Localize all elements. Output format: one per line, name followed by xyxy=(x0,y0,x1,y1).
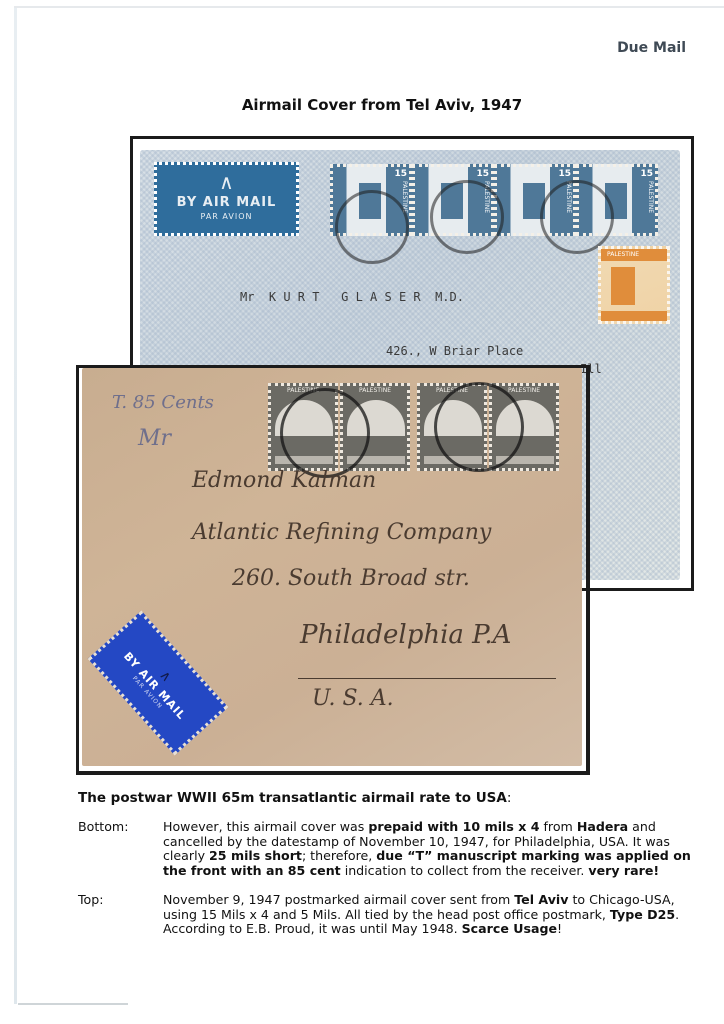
wings-icon: ∧ xyxy=(157,169,296,195)
address-line: 260. South Broad str. xyxy=(232,566,470,591)
description-text: However, this airmail cover was prepaid … xyxy=(163,820,698,878)
address-line: Philadelphia P.A xyxy=(300,620,511,650)
airmail-label: ∧ BY AIR MAIL PAR AVION xyxy=(154,162,299,236)
airmail-label: ∧ BY AIR MAIL PAR AVION xyxy=(88,611,228,756)
airmail-label-subtext: PAR AVION xyxy=(157,211,296,223)
address-line: U. S. A. xyxy=(312,686,394,711)
postmark xyxy=(430,180,504,254)
postmark xyxy=(434,382,524,472)
address-line: Edmond Kalman xyxy=(192,468,376,493)
due-marking: T. 85 Cents xyxy=(112,392,214,413)
stamp: PALESTINE xyxy=(598,246,670,324)
page-edge xyxy=(14,6,724,8)
bottom-cover-image: PALESTINE PALESTINE PALESTINE PALESTINE … xyxy=(82,368,582,766)
description-label: Top: xyxy=(78,893,158,908)
postmark xyxy=(335,190,409,264)
underline xyxy=(298,678,556,679)
description-heading: The postwar WWII 65m transatlantic airma… xyxy=(78,790,511,806)
address-salutation: Mr xyxy=(138,426,171,451)
postmark xyxy=(280,388,370,478)
address-line: Atlantic Refining Company xyxy=(192,520,491,545)
address-line: 426., W Briar Place xyxy=(386,344,523,358)
postmark xyxy=(540,180,614,254)
description-text: November 9, 1947 postmarked airmail cove… xyxy=(163,893,698,937)
page-edge xyxy=(18,1003,128,1005)
airmail-label-text: BY AIR MAIL xyxy=(157,195,296,211)
page-title: Airmail Cover from Tel Aviv, 1947 xyxy=(0,96,724,114)
section-label: Due Mail xyxy=(617,40,686,56)
description-label: Bottom: xyxy=(78,820,158,835)
address-line: Mr K U R T G L A S E R M.D. xyxy=(240,290,464,304)
page-edge xyxy=(14,8,17,1004)
